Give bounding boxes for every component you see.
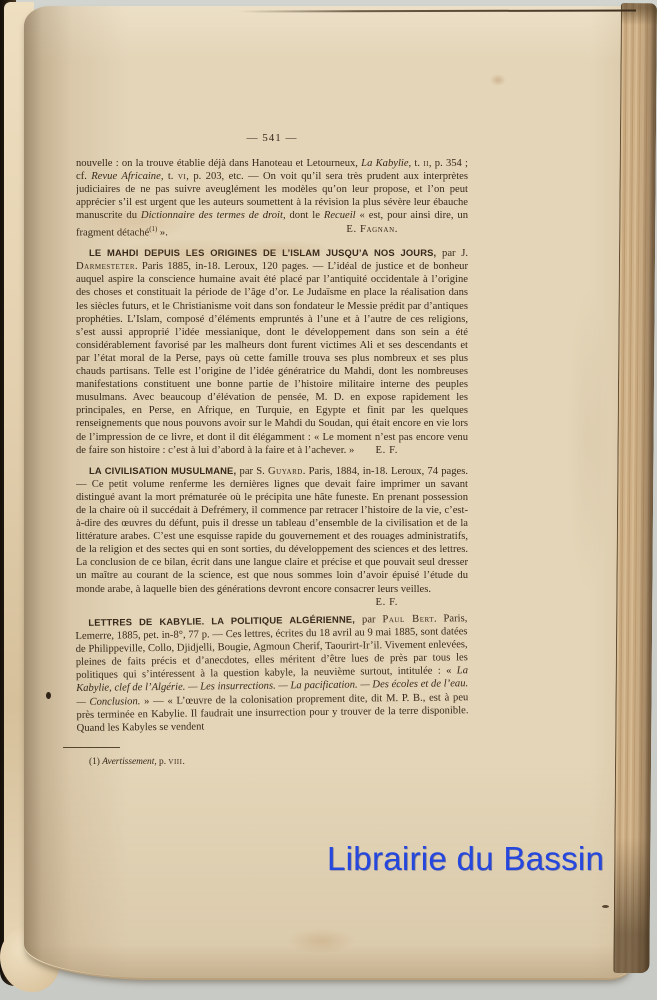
book-page: — 541 — nouvelle : on la trouve établie … xyxy=(24,6,632,980)
paragraph: LE MAHDI DEPUIS LES ORIGINES DE L’ISLAM … xyxy=(76,246,468,457)
text-segment: ». xyxy=(157,227,168,238)
text-segment: Dictionnaire des termes de droit xyxy=(141,210,283,221)
text-segment: par S. xyxy=(240,466,269,477)
text-segment: Darmesteter xyxy=(76,261,135,272)
text-segment: LA CIVILISATION MUSULMANE, xyxy=(89,465,240,476)
text-segment: Recueil xyxy=(324,210,356,221)
watermark: Librairie du Bassin xyxy=(327,840,604,878)
page-number: — 541 — xyxy=(76,132,468,145)
text-segment: . xyxy=(182,757,184,767)
text-segment: (1) xyxy=(89,757,102,767)
footnote-separator xyxy=(63,747,120,748)
text-segment: . Paris, 1884, in-18. Leroux, 74 pages. … xyxy=(76,466,468,595)
text-segment: par xyxy=(362,614,383,625)
text-segment: , t. xyxy=(409,158,424,169)
text-segment: , t. xyxy=(161,171,178,182)
footnote: (1) Avertissement, p. viii. xyxy=(76,747,468,769)
text-segment: LETTRES DE KABYLIE. LA POLITIQUE ALGÉRIE… xyxy=(88,613,362,627)
paragraph: nouvelle : on la trouve établie déjà dan… xyxy=(76,157,468,239)
text-segment: par J. xyxy=(442,248,468,259)
reviewer-signature: E. Fagnan. xyxy=(346,223,468,236)
right-page-edges xyxy=(613,3,657,973)
text-segment: . Paris 1885, in-18. Leroux, 120 pages. … xyxy=(76,261,468,455)
text-segment: viii xyxy=(168,757,182,767)
paper-speck xyxy=(602,905,609,908)
text-segment: , p. xyxy=(154,757,168,767)
paragraph: LETTRES DE KABYLIE. LA POLITIQUE ALGÉRIE… xyxy=(75,611,468,735)
reviewer-signature: E. F. xyxy=(363,596,468,609)
paper-speck xyxy=(46,692,51,699)
book-photo: — 541 — nouvelle : on la trouve établie … xyxy=(0,0,657,1000)
text-segment: nouvelle : on la trouve établie déjà dan… xyxy=(76,158,361,169)
text-segment: Revue Africaine xyxy=(91,171,161,182)
paragraph: LA CIVILISATION MUSULMANE, par S. Guyard… xyxy=(76,464,468,609)
page-text: — 541 — nouvelle : on la trouve établie … xyxy=(76,132,468,769)
footnote-text: (1) Avertissement, p. viii. xyxy=(76,756,468,769)
text-segment: Avertissement xyxy=(102,757,154,767)
text-segment: LE MAHDI DEPUIS LES ORIGINES DE L’ISLAM … xyxy=(89,247,442,258)
text-block: nouvelle : on la trouve établie déjà dan… xyxy=(76,157,468,734)
text-segment: La Kabylie xyxy=(361,158,408,169)
reviewer-signature: E. F. xyxy=(363,444,468,457)
text-segment: Guyard xyxy=(268,466,303,477)
text-segment: , dont le xyxy=(283,210,324,221)
text-segment: vi xyxy=(178,171,186,182)
text-segment: Paul Bert xyxy=(382,613,434,625)
